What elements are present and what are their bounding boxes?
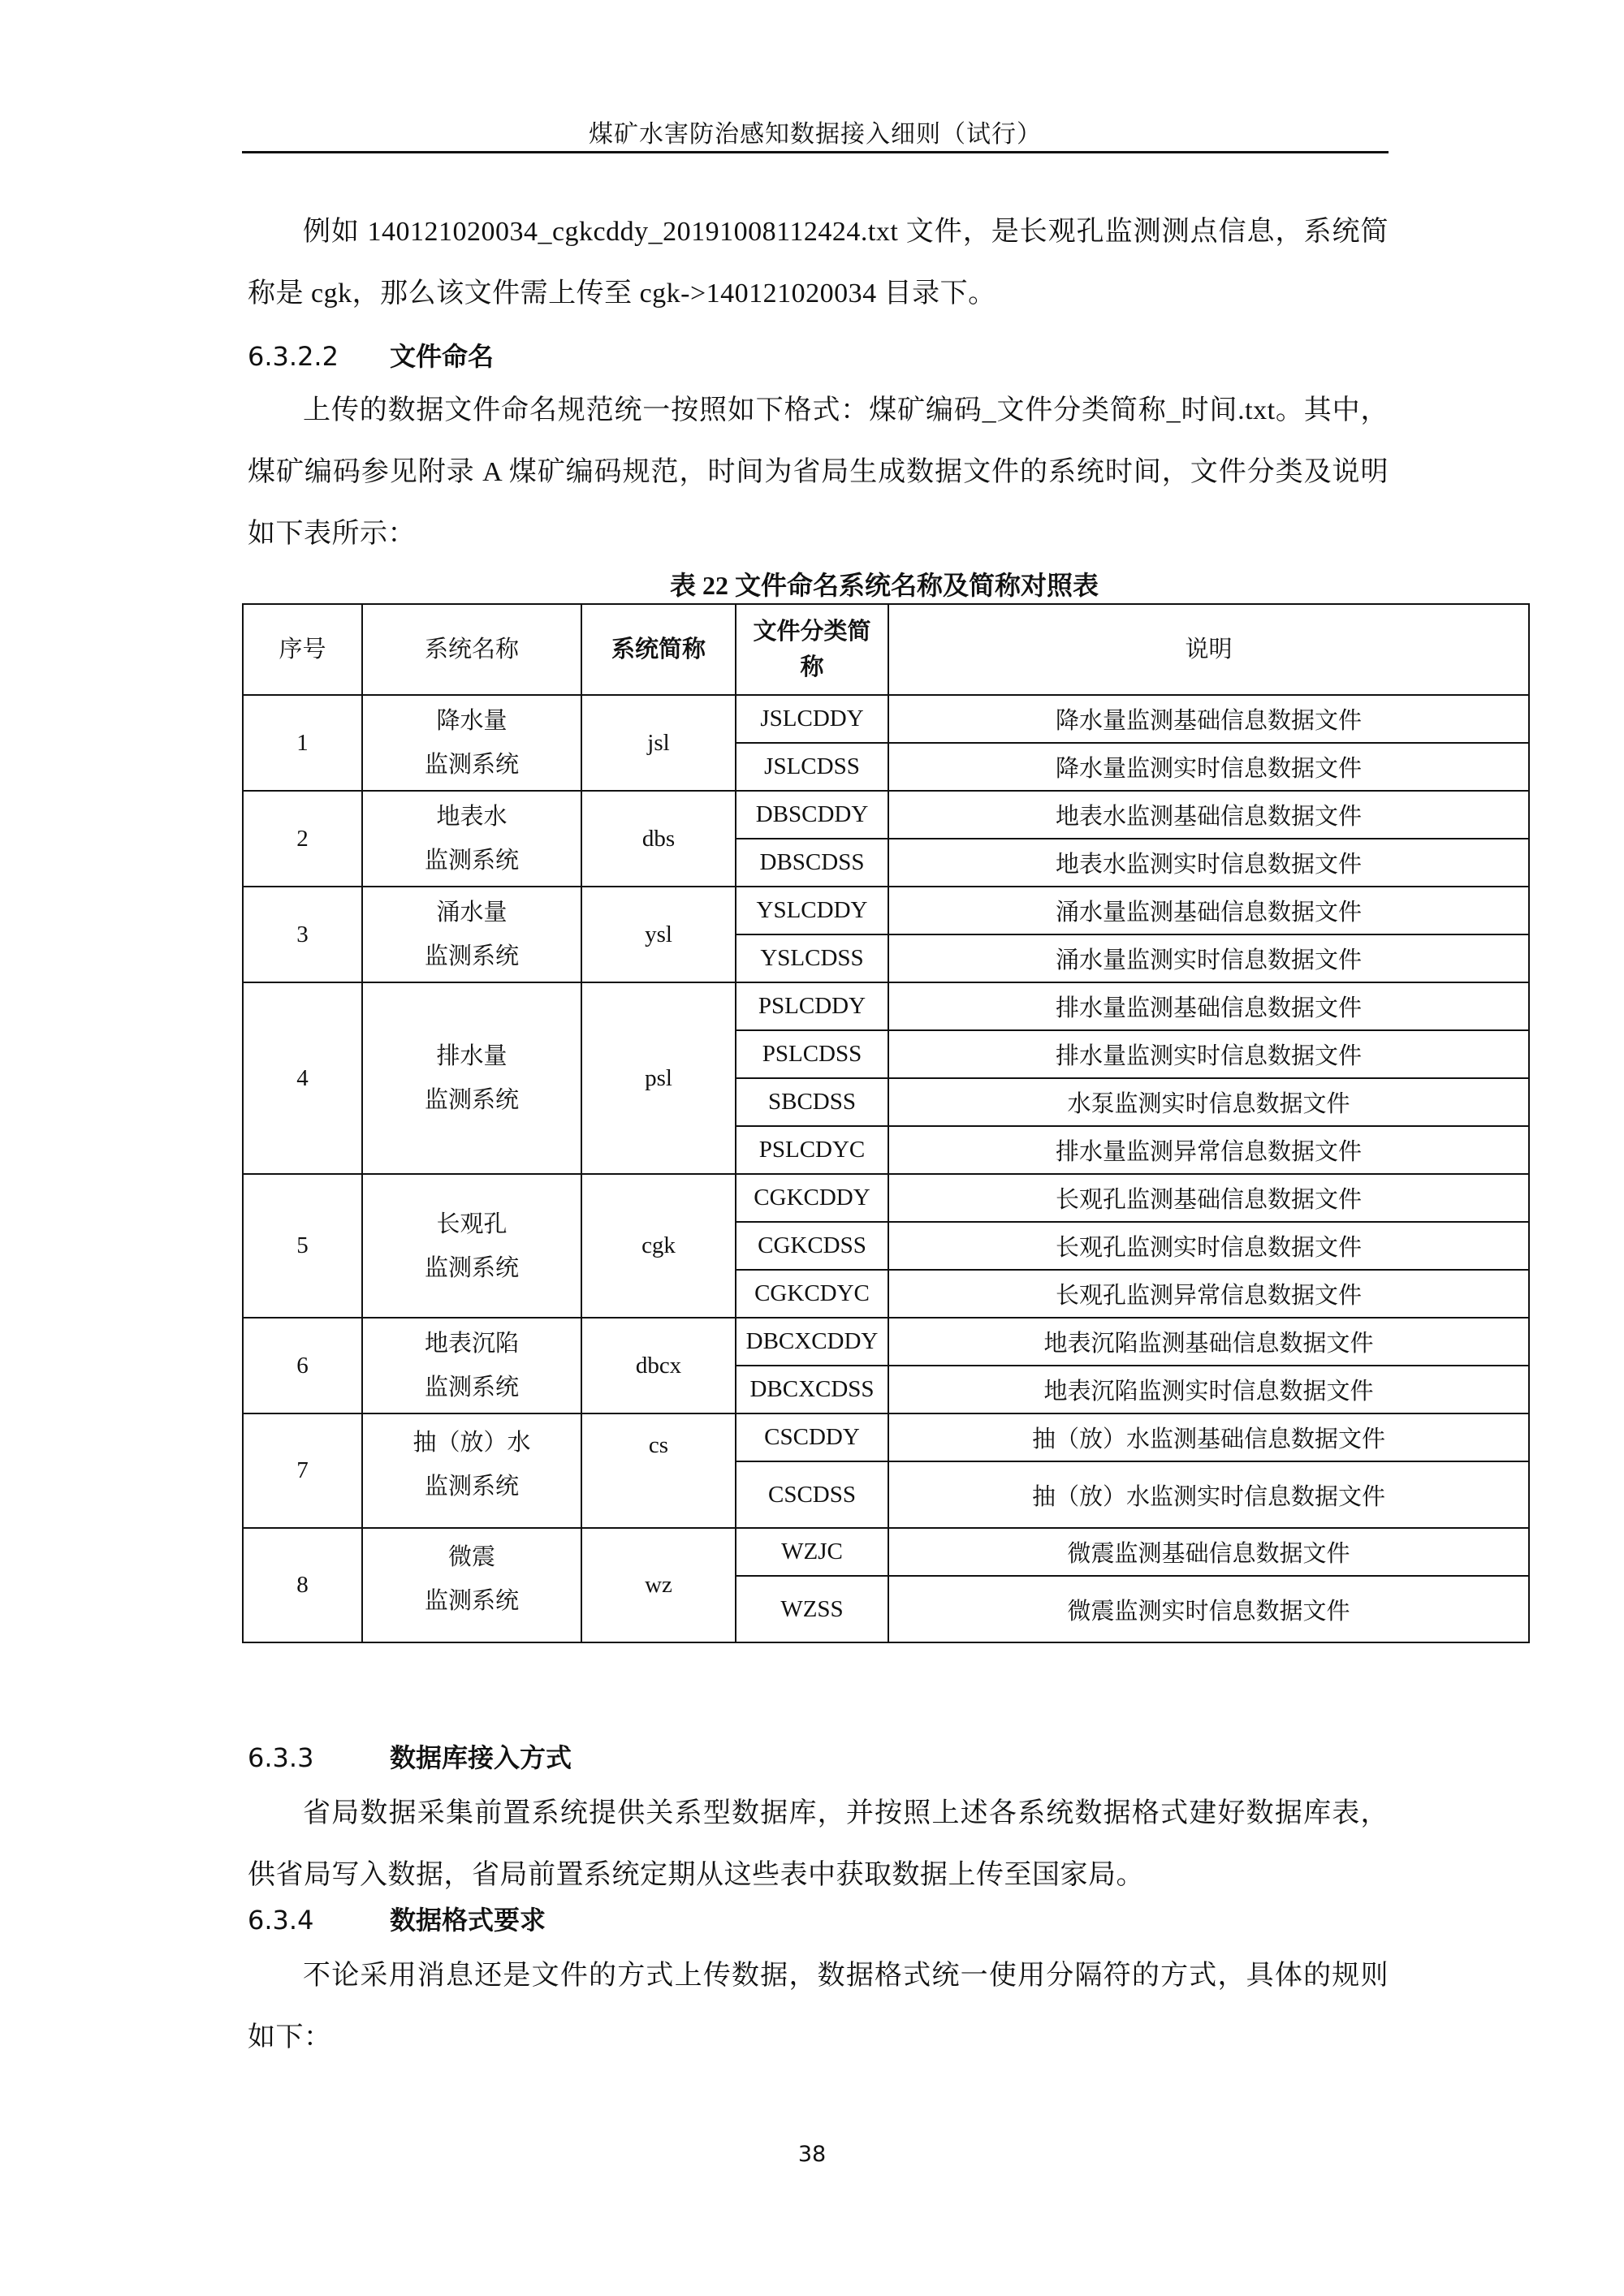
system-abbr: ysl xyxy=(581,887,736,982)
file-description: 排水量监测实时信息数据文件 xyxy=(888,1030,1529,1078)
page-header: 煤矿水害防治感知数据接入细则（试行） xyxy=(242,114,1389,149)
file-description: 排水量监测基础信息数据文件 xyxy=(888,982,1529,1030)
file-description: 抽（放）水监测实时信息数据文件 xyxy=(888,1461,1529,1528)
system-abbr: cgk xyxy=(581,1174,736,1318)
file-description: 微震监测基础信息数据文件 xyxy=(888,1528,1529,1576)
section-number: 6.3.3 xyxy=(248,1742,390,1773)
file-description: 涌水量监测基础信息数据文件 xyxy=(888,887,1529,934)
table-row: 8 微震监测系统 wz WZJC 微震监测基础信息数据文件 xyxy=(243,1528,1529,1576)
file-code: WZJC xyxy=(736,1528,888,1576)
system-name: 降水量监测系统 xyxy=(362,695,581,791)
table-header-row: 序号 系统名称 系统简称 文件分类简称 说明 xyxy=(243,604,1529,695)
file-code: CGKCDYC xyxy=(736,1270,888,1318)
row-number: 3 xyxy=(243,887,362,982)
section-title: 数据库接入方式 xyxy=(390,1742,572,1773)
header-description: 说明 xyxy=(888,604,1529,695)
file-code: PSLCDYC xyxy=(736,1126,888,1174)
file-code: JSLCDDY xyxy=(736,695,888,743)
system-abbr: dbs xyxy=(581,791,736,887)
file-description: 降水量监测基础信息数据文件 xyxy=(888,695,1529,743)
header-file-code: 文件分类简称 xyxy=(736,604,888,695)
system-name: 涌水量监测系统 xyxy=(362,887,581,982)
file-code: DBCXCDDY xyxy=(736,1318,888,1366)
file-code: CSCDDY xyxy=(736,1413,888,1461)
system-name: 地表沉陷监测系统 xyxy=(362,1318,581,1413)
system-abbr: dbcx xyxy=(581,1318,736,1413)
db-paragraph: 省局数据采集前置系统提供关系型数据库，并按照上述各系统数据格式建好数据库表，供省… xyxy=(248,1783,1389,1906)
system-name: 排水量监测系统 xyxy=(362,982,581,1174)
file-code: CSCDSS xyxy=(736,1461,888,1528)
table-row: 2 地表水监测系统 dbs DBSCDDY 地表水监测基础信息数据文件 xyxy=(243,791,1529,839)
file-code: CGKCDSS xyxy=(736,1222,888,1270)
file-description: 地表沉陷监测实时信息数据文件 xyxy=(888,1366,1529,1413)
header-rule xyxy=(242,151,1389,153)
file-description: 地表水监测实时信息数据文件 xyxy=(888,839,1529,887)
table-row: 3 涌水量监测系统 ysl YSLCDDY 涌水量监测基础信息数据文件 xyxy=(243,887,1529,934)
section-heading-633: 6.3.3数据库接入方式 xyxy=(248,1737,572,1775)
table-row: 7 抽（放）水监测系统 cs CSCDDY 抽（放）水监测基础信息数据文件 xyxy=(243,1413,1529,1461)
system-abbr: psl xyxy=(581,982,736,1174)
table-row: 1 降水量监测系统 jsl JSLCDDY 降水量监测基础信息数据文件 xyxy=(243,695,1529,743)
system-name: 微震监测系统 xyxy=(362,1528,581,1642)
row-number: 1 xyxy=(243,695,362,791)
file-code: SBCDSS xyxy=(736,1078,888,1126)
file-description: 排水量监测异常信息数据文件 xyxy=(888,1126,1529,1174)
header-system-name: 系统名称 xyxy=(362,604,581,695)
file-description: 长观孔监测基础信息数据文件 xyxy=(888,1174,1529,1222)
row-number: 6 xyxy=(243,1318,362,1413)
row-number: 7 xyxy=(243,1413,362,1528)
header-system-abbr: 系统简称 xyxy=(581,604,736,695)
header-no: 序号 xyxy=(243,604,362,695)
system-abbr: cs xyxy=(581,1413,736,1528)
system-abbr: wz xyxy=(581,1528,736,1642)
file-code: YSLCDDY xyxy=(736,887,888,934)
file-description: 抽（放）水监测基础信息数据文件 xyxy=(888,1413,1529,1461)
file-code: PSLCDDY xyxy=(736,982,888,1030)
file-code: CGKCDDY xyxy=(736,1174,888,1222)
row-number: 5 xyxy=(243,1174,362,1318)
file-code: JSLCDSS xyxy=(736,743,888,791)
system-name: 长观孔监测系统 xyxy=(362,1174,581,1318)
table-row: 5 长观孔监测系统 cgk CGKCDDY 长观孔监测基础信息数据文件 xyxy=(243,1174,1529,1222)
row-number: 2 xyxy=(243,791,362,887)
file-description: 地表沉陷监测基础信息数据文件 xyxy=(888,1318,1529,1366)
intro-paragraph: 例如 140121020034_cgkcddy_20191008112424.t… xyxy=(248,201,1389,325)
system-abbr: jsl xyxy=(581,695,736,791)
row-number: 4 xyxy=(243,982,362,1174)
file-description: 降水量监测实时信息数据文件 xyxy=(888,743,1529,791)
table-caption: 表 22 文件命名系统名称及简称对照表 xyxy=(242,565,1527,602)
file-description: 长观孔监测实时信息数据文件 xyxy=(888,1222,1529,1270)
format-paragraph: 不论采用消息还是文件的方式上传数据，数据格式统一使用分隔符的方式，具体的规则如下… xyxy=(248,1945,1389,2069)
section-heading-634: 6.3.4数据格式要求 xyxy=(248,1900,546,1937)
section-title: 文件命名 xyxy=(390,341,494,372)
table-row: 6 地表沉陷监测系统 dbcx DBCXCDDY 地表沉陷监测基础信息数据文件 xyxy=(243,1318,1529,1366)
file-description: 水泵监测实时信息数据文件 xyxy=(888,1078,1529,1126)
section-heading-6322: 6.3.2.2文件命名 xyxy=(248,336,494,373)
file-description: 涌水量监测实时信息数据文件 xyxy=(888,934,1529,982)
file-code: DBSCDSS xyxy=(736,839,888,887)
section-number: 6.3.4 xyxy=(248,1905,390,1936)
row-number: 8 xyxy=(243,1528,362,1642)
file-code: WZSS xyxy=(736,1576,888,1642)
file-description: 长观孔监测异常信息数据文件 xyxy=(888,1270,1529,1318)
file-code: DBSCDDY xyxy=(736,791,888,839)
table-row: 4 排水量监测系统 psl PSLCDDY 排水量监测基础信息数据文件 xyxy=(243,982,1529,1030)
file-code: DBCXCDSS xyxy=(736,1366,888,1413)
section-number: 6.3.2.2 xyxy=(248,341,390,372)
system-name: 抽（放）水监测系统 xyxy=(362,1413,581,1528)
system-name: 地表水监测系统 xyxy=(362,791,581,887)
section-title: 数据格式要求 xyxy=(390,1905,546,1936)
file-description: 地表水监测基础信息数据文件 xyxy=(888,791,1529,839)
naming-paragraph: 上传的数据文件命名规范统一按照如下格式：煤矿编码_文件分类简称_时间.txt。其… xyxy=(248,380,1389,565)
page-number: 38 xyxy=(0,2142,1624,2167)
file-code: YSLCDSS xyxy=(736,934,888,982)
file-code: PSLCDSS xyxy=(736,1030,888,1078)
file-description: 微震监测实时信息数据文件 xyxy=(888,1576,1529,1642)
file-naming-table: 序号 系统名称 系统简称 文件分类简称 说明 1 降水量监测系统 jsl JSL… xyxy=(242,603,1530,1643)
